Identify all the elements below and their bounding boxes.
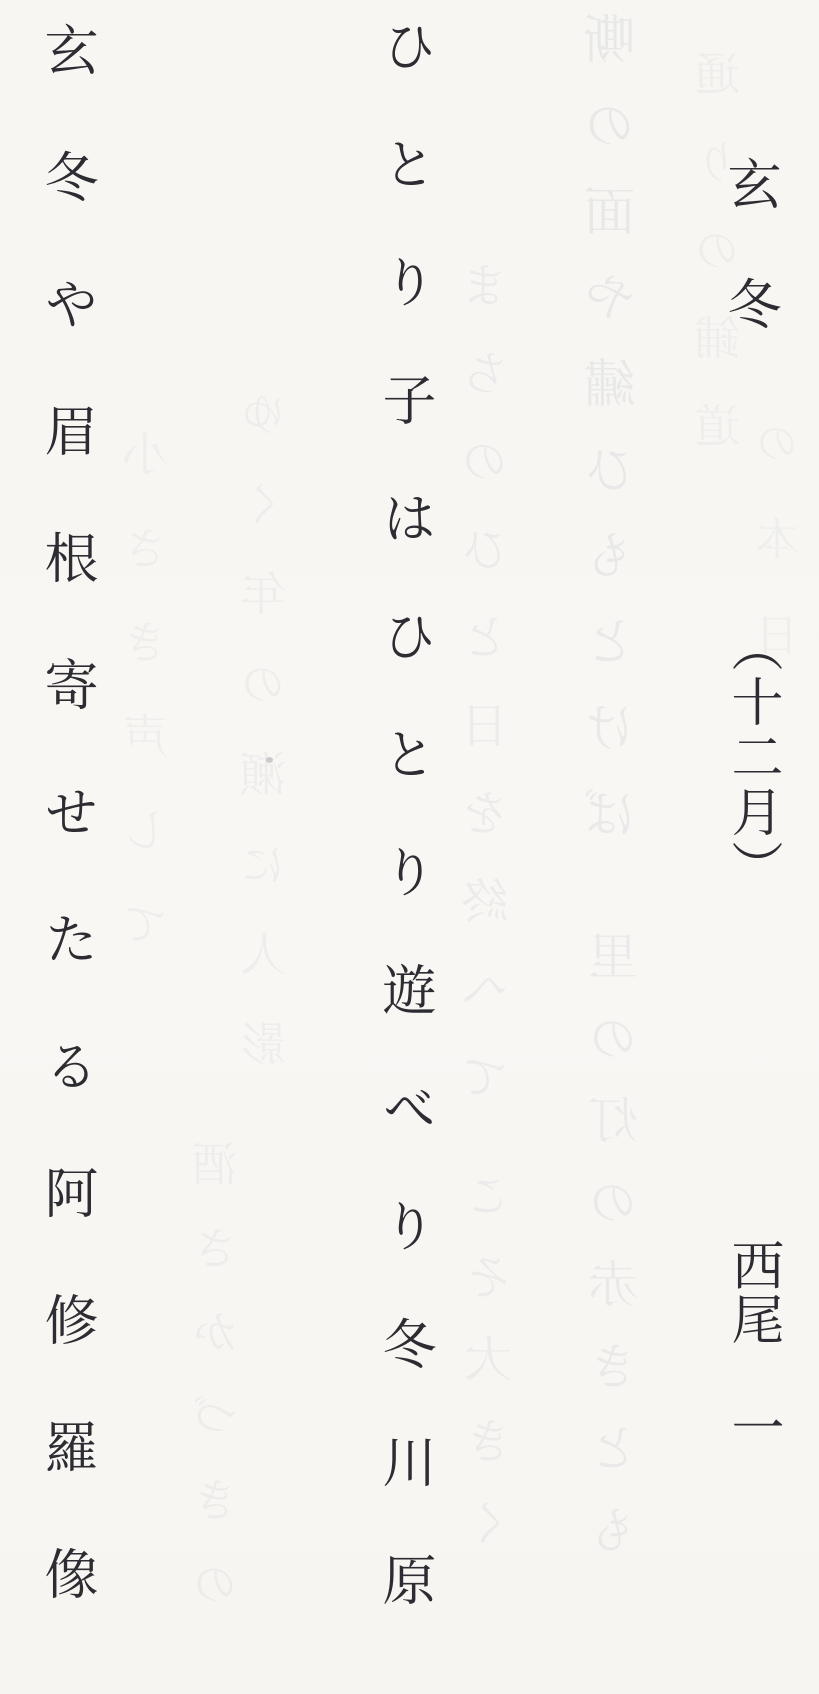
bleedthrough-text: こそ大きく (470, 1170, 518, 1580)
bleedthrough-text: まちのひと日を終へて (466, 260, 514, 1140)
bleedthrough-text: 小さき声して (126, 430, 172, 994)
bleedthrough-text: 里の灯の赤きとも (592, 930, 642, 1586)
bleedthrough-text: ゆく年の瀬に人影 (244, 390, 290, 1110)
scan-speck (266, 757, 273, 763)
author-name: 西尾 一 (726, 1238, 779, 1454)
bleedthrough-text: 酒さかづきの (196, 1140, 242, 1644)
haiku-verse-2: 玄冬や眉根寄せたる阿修羅像 (40, 22, 94, 1673)
month-label: （十二月） (725, 620, 777, 895)
haiku-verse-1: ひとり子はひとり遊べり冬川原 (378, 18, 432, 1670)
season-title: 玄冬 (723, 156, 777, 396)
bleedthrough-text: 嘶の面や繡ひもとけば (590, 12, 642, 872)
